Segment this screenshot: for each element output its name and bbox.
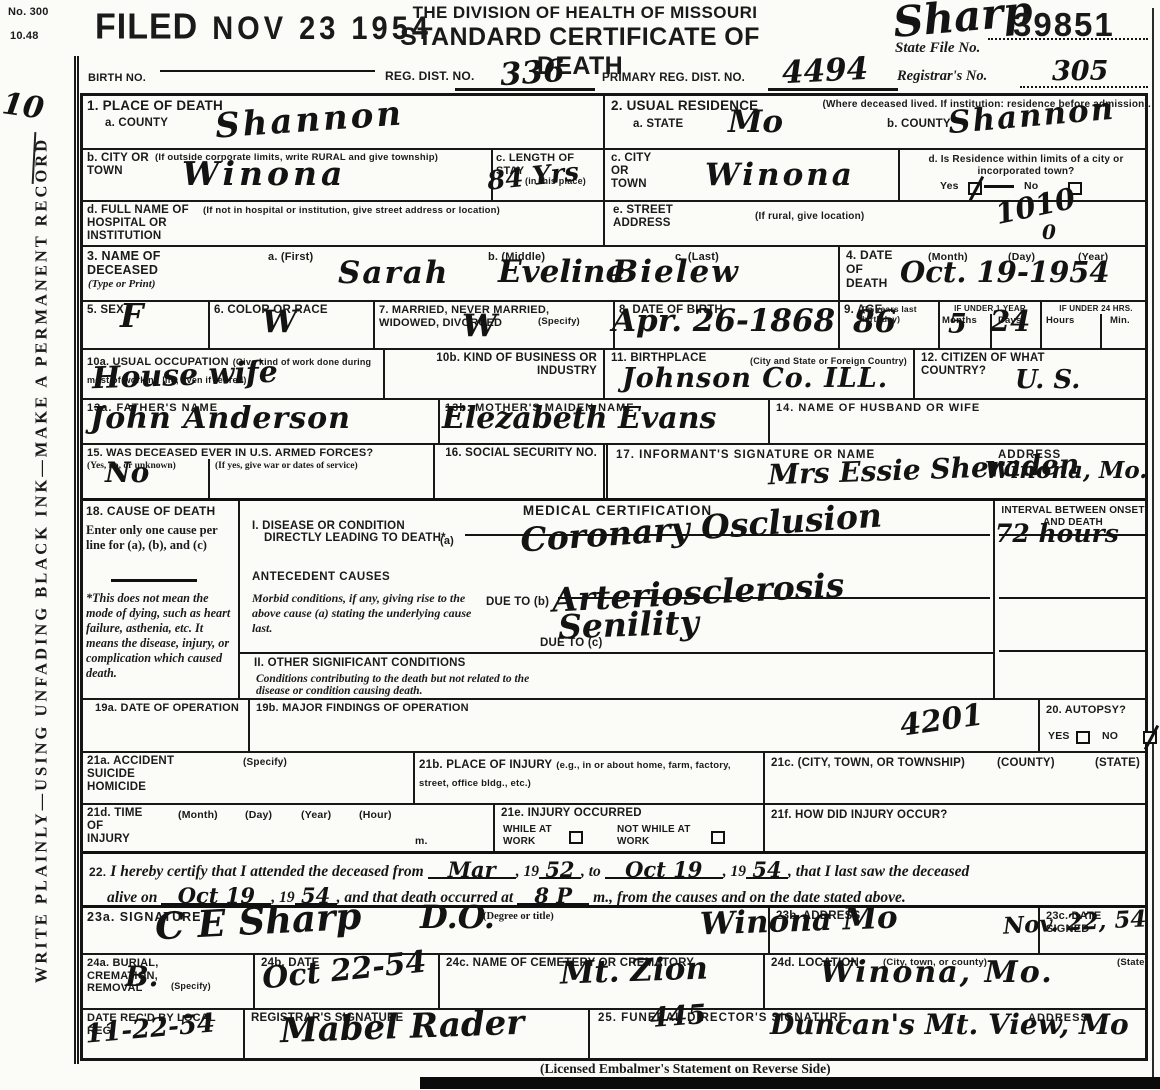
hw-armed-forces: No: [105, 459, 149, 487]
major-findings-label: 19b. MAJOR FINDINGS OF OPERATION: [256, 702, 469, 715]
autopsy-label: 20. AUTOPSY?: [1046, 704, 1126, 717]
hw-cause-c: Senility: [557, 606, 699, 644]
place-of-death-title: 1. PLACE OF DEATH: [87, 98, 223, 114]
autopsy-no-label: NO: [1102, 730, 1118, 742]
divider: [208, 459, 210, 498]
death-city-label: b. CITY OR TOWN: [87, 152, 151, 178]
certify-y2-blank: 54: [746, 858, 788, 879]
state-file-label: State File No.: [895, 40, 980, 57]
hw-burial-location: Winona, Mo.: [820, 958, 1054, 988]
field-accident-suicide-homicide: 21a. ACCIDENT SUICIDE HOMICIDE (Specify): [83, 753, 413, 803]
hw-mother-name: Elezabeth Evans: [442, 404, 716, 434]
burial-note: (Specify): [171, 981, 211, 991]
hw-name-middle: Eveline: [498, 257, 625, 288]
field-injury-city: 21c. (CITY, TOWN, OR TOWNSHIP) (COUNTY) …: [763, 753, 1145, 803]
field-burial-type: 24a. BURIAL, CREMATION, REMOVAL (Specify…: [83, 955, 253, 1008]
date-of-death-label: 4. DATE OF DEATH: [846, 249, 908, 290]
row-injury-2: 21d. TIME OF INJURY (Month) (Day) (Year)…: [83, 803, 1145, 851]
morbid-note: Morbid conditions, if any, giving rise t…: [252, 591, 480, 636]
operation-date-label: 19a. DATE OF OPERATION: [87, 702, 239, 715]
hw-date-of-death: Oct. 19-1954: [900, 258, 1110, 287]
hw-birthplace: Johnson Co. ILL.: [622, 365, 888, 392]
certify-text-1: I hereby certify that I attended the dec…: [110, 863, 423, 880]
row-certify-statement: 22. I hereby certify that I attended the…: [83, 851, 1145, 905]
hw-registrar-no: 305: [1052, 58, 1108, 85]
injury-hour-label: (Hour): [359, 809, 392, 821]
street-address-label: e. STREET ADDRESS: [613, 204, 685, 230]
form-code: 10.48: [10, 30, 39, 43]
field-autopsy: 20. AUTOPSY? YES NO: [1038, 700, 1145, 751]
row-hospital-street: d. FULL NAME OF HOSPITAL OR INSTITUTION …: [83, 200, 1145, 245]
field-ssn: 16. SOCIAL SECURITY NO.: [433, 445, 603, 498]
field-age-under-24hrs: IF UNDER 24 HRS. Hours Min.: [1040, 302, 1145, 348]
disease-label2: DIRECTLY LEADING TO DEATH*: [264, 532, 446, 545]
hw-burial-type: B.: [125, 963, 158, 991]
hw-name-first: Sarah: [338, 258, 449, 289]
cause-b-tag: DUE TO (b): [486, 596, 549, 609]
hw-age-days: 24: [990, 307, 1030, 336]
certify-text-2: , to: [581, 863, 601, 880]
burial-location-state: (State): [1117, 958, 1148, 969]
hw-attended-to: Oct 19: [625, 857, 702, 882]
hw-attended-to-year: 54: [752, 857, 781, 882]
hw-funeral-director: Duncan's Mt. View, Mo: [770, 1011, 1129, 1039]
hw-marital-status: W: [462, 311, 497, 342]
cause-of-death-title: 18. CAUSE OF DEATH: [86, 505, 215, 519]
hw-residence-city: Winona: [705, 160, 855, 191]
other-conditions-label: II. OTHER SIGNIFICANT CONDITIONS: [254, 657, 466, 670]
field-place-of-injury: 21b. PLACE OF INJURY (e.g., in or about …: [413, 753, 763, 803]
hw-name-last: Bielew: [612, 257, 740, 288]
under-24hrs-label: IF UNDER 24 HRS.: [1042, 304, 1150, 313]
how-injury-label: 21f. HOW DID INJURY OCCUR?: [771, 809, 947, 822]
injury-occurred-label: 21e. INJURY OCCURRED: [501, 807, 642, 820]
while-at-work-label: WHILE AT WORK: [503, 824, 567, 847]
hw-attended-from: Mar: [448, 857, 496, 882]
field-hospital-name: d. FULL NAME OF HOSPITAL OR INSTITUTION …: [83, 202, 603, 245]
autopsy-yes-checkbox: [1076, 731, 1090, 744]
certify-y2p: , 19: [723, 863, 746, 880]
field-sex: 5. SEX: [83, 302, 208, 348]
min-label: Min.: [1110, 316, 1130, 327]
hw-physician-signature: C E Sharp: [154, 898, 362, 946]
row-injury-1: 21a. ACCIDENT SUICIDE HOMICIDE (Specify)…: [83, 751, 1145, 803]
registrar-no-dotline: [1020, 86, 1148, 88]
field-cause-of-death-sidebar: 18. CAUSE OF DEATH Enter only one cause …: [83, 501, 238, 698]
hw-primary-reg-dist: 4494: [781, 54, 869, 89]
place-of-injury-label: 21b. PLACE OF INJURY: [419, 759, 552, 771]
embalmer-footnote: (Licensed Embalmer's Statement on Revers…: [540, 1061, 831, 1077]
interval-blank-2: [999, 597, 1147, 599]
bottom-scan-bar: [420, 1077, 1160, 1089]
hw-registrar-number: 445: [649, 1001, 707, 1032]
certify-text-4: alive on: [107, 889, 157, 906]
not-while-at-work-label: NOT WHILE AT WORK: [617, 824, 691, 847]
hw-race: W: [262, 307, 297, 338]
hw-father-name: John Anderson: [90, 404, 351, 434]
primary-reg-blank: [768, 88, 898, 91]
hw-informant-address: Winona, Mo.: [985, 459, 1147, 482]
residence-city-label: c. CITY OR TOWN: [611, 152, 659, 192]
page-title-line1: THE DIVISION OF HEALTH OF MISSOURI: [370, 3, 800, 23]
hospital-note: (If not in hospital or institution, give…: [203, 206, 595, 217]
filed-stamp-word: FILED: [95, 7, 198, 48]
margin-scribble: 10: [0, 89, 46, 125]
autopsy-yes-label: YES: [1048, 730, 1070, 742]
cause-note2: *This does not mean the mode of dying, s…: [86, 591, 235, 681]
limits-dash: [984, 185, 1014, 188]
spouse-label: 14. NAME OF HUSBAND OR WIFE: [776, 402, 980, 415]
sex-label: 5. SEX: [87, 304, 124, 317]
marital-note: (Specify): [538, 317, 580, 328]
not-while-at-work-checkbox: [711, 831, 725, 844]
name-first-label: a. (First): [268, 251, 313, 264]
limits-yes-checkbox: [968, 182, 982, 195]
hw-physician-degree: D.O.: [420, 901, 495, 933]
certify-hour-blank: 8 P: [517, 884, 589, 905]
hw-age-years: 86: [853, 307, 896, 338]
time-of-injury-label: 21d. TIME OF INJURY: [87, 807, 149, 847]
hw-street-scribble: 0: [1042, 222, 1056, 242]
hw-reg-dist: 336: [499, 56, 566, 91]
street-address-note: (If rural, give location): [755, 211, 864, 223]
cause-note1: Enter only one cause per line for (a), (…: [86, 523, 234, 553]
hw-registrar-signature: Mabel Rader: [279, 1006, 524, 1049]
primary-reg-dist-label: PRIMARY REG. DIST. NO.: [602, 72, 745, 85]
cause-a-tag: (a): [440, 535, 454, 548]
death-certificate-scan: No. 300 10.48 10 WRITE PLAINLY—USING UNF…: [0, 0, 1160, 1090]
injury-day-label: (Day): [245, 809, 272, 821]
hw-age-months: 5: [948, 311, 967, 338]
margin-instruction: WRITE PLAINLY—USING UNFADING BLACK INK—M…: [33, 137, 52, 983]
hw-death-city: Winona: [182, 157, 346, 190]
while-at-work-checkbox: [569, 831, 583, 844]
antecedent-label: ANTECEDENT CAUSES: [252, 571, 390, 584]
residence-county-label: b. COUNTY: [887, 118, 951, 131]
limits-yes-label: Yes: [940, 180, 959, 192]
field-time-of-injury: 21d. TIME OF INJURY (Month) (Day) (Year)…: [83, 805, 493, 851]
injury-m-label: m.: [415, 835, 428, 847]
right-edge-rule: [1152, 8, 1154, 1084]
injury-city-label: 21c. (CITY, TOWN, OR TOWNSHIP): [771, 757, 965, 770]
reg-dist-label: REG. DIST. NO.: [385, 70, 474, 84]
name-deceased-note: (Type or Print): [88, 278, 155, 290]
certify-y1-blank: 52: [539, 858, 581, 879]
certify-line-1: 22. I hereby certify that I attended the…: [89, 858, 1139, 881]
accident-note: (Specify): [243, 757, 287, 769]
interval-blank-3: [999, 650, 1147, 652]
cause-rule: [111, 579, 197, 582]
injury-year-label: (Year): [301, 809, 331, 821]
row-operation-autopsy: 19a. DATE OF OPERATION 19b. MAJOR FINDIN…: [83, 698, 1145, 751]
hw-citizen: U. S.: [1015, 367, 1080, 393]
armed-forces-note2: (If yes, give war or dates of service): [215, 461, 358, 471]
hw-cemetery-name: Mt. Zion: [560, 953, 709, 989]
hw-residence-state: Mo: [728, 107, 783, 138]
injury-county-label: (COUNTY): [997, 757, 1055, 770]
hw-date-of-birth: Apr. 26-1868: [612, 306, 835, 337]
injury-state-label: (STATE): [1095, 757, 1140, 770]
field-date-of-operation: 19a. DATE OF OPERATION: [83, 700, 248, 751]
name-deceased-title: 3. NAME OF DECEASED: [87, 249, 199, 278]
certify-from-blank: Mar: [428, 858, 516, 879]
other-conditions-note: Conditions contributing to the death but…: [256, 673, 546, 697]
ssn-label: 16. SOCIAL SECURITY NO.: [439, 447, 597, 460]
hw-interval: 72 hours: [995, 521, 1119, 546]
hospital-label: d. FULL NAME OF HOSPITAL OR INSTITUTION: [87, 204, 199, 244]
hw-sex: F: [120, 299, 143, 332]
birth-no-blank: [160, 70, 375, 72]
field-business-industry: 10b. KIND OF BUSINESS OR INDUSTRY: [383, 350, 603, 398]
birth-no-label: BIRTH NO.: [88, 72, 146, 85]
certify-number: 22.: [89, 865, 106, 879]
county-label: a. COUNTY: [105, 117, 168, 130]
residence-state-label: a. STATE: [633, 118, 683, 131]
left-double-rule: [74, 56, 79, 1064]
hw-physician-address: Winona Mo: [700, 903, 899, 941]
autopsy-no-checkbox: [1143, 731, 1157, 744]
injury-month-label: (Month): [178, 809, 218, 821]
reg-dist-blank: [455, 88, 595, 91]
divider: [1100, 314, 1102, 348]
hours-label: Hours: [1046, 316, 1074, 327]
field-injury-occurred: 21e. INJURY OCCURRED WHILE AT WORK NOT W…: [493, 805, 763, 851]
hw-date-signed: Nov. 22, 54: [1002, 907, 1146, 937]
hw-occupation: House wife: [92, 358, 279, 394]
form-number: No. 300: [8, 6, 49, 19]
accident-label: 21a. ACCIDENT SUICIDE HOMICIDE: [87, 755, 197, 795]
certify-to-blank: Oct 19: [605, 858, 723, 879]
certify-text-3: , that I last saw the deceased: [788, 863, 969, 880]
registrar-no-label: Registrar's No.: [897, 68, 987, 85]
significant-conditions-rule: [240, 652, 995, 654]
field-spouse-name: 14. NAME OF HUSBAND OR WIFE: [768, 400, 1145, 443]
state-file-dotline: [988, 38, 1148, 40]
residence-limits-label: d. Is Residence within limits of a city …: [912, 154, 1140, 177]
field-how-injury-occurred: 21f. HOW DID INJURY OCCUR?: [763, 805, 1145, 851]
certify-y1p: , 19: [516, 863, 539, 880]
business-label: 10b. KIND OF BUSINESS OR INDUSTRY: [389, 352, 597, 378]
hw-attended-from-year: 52: [545, 857, 574, 882]
